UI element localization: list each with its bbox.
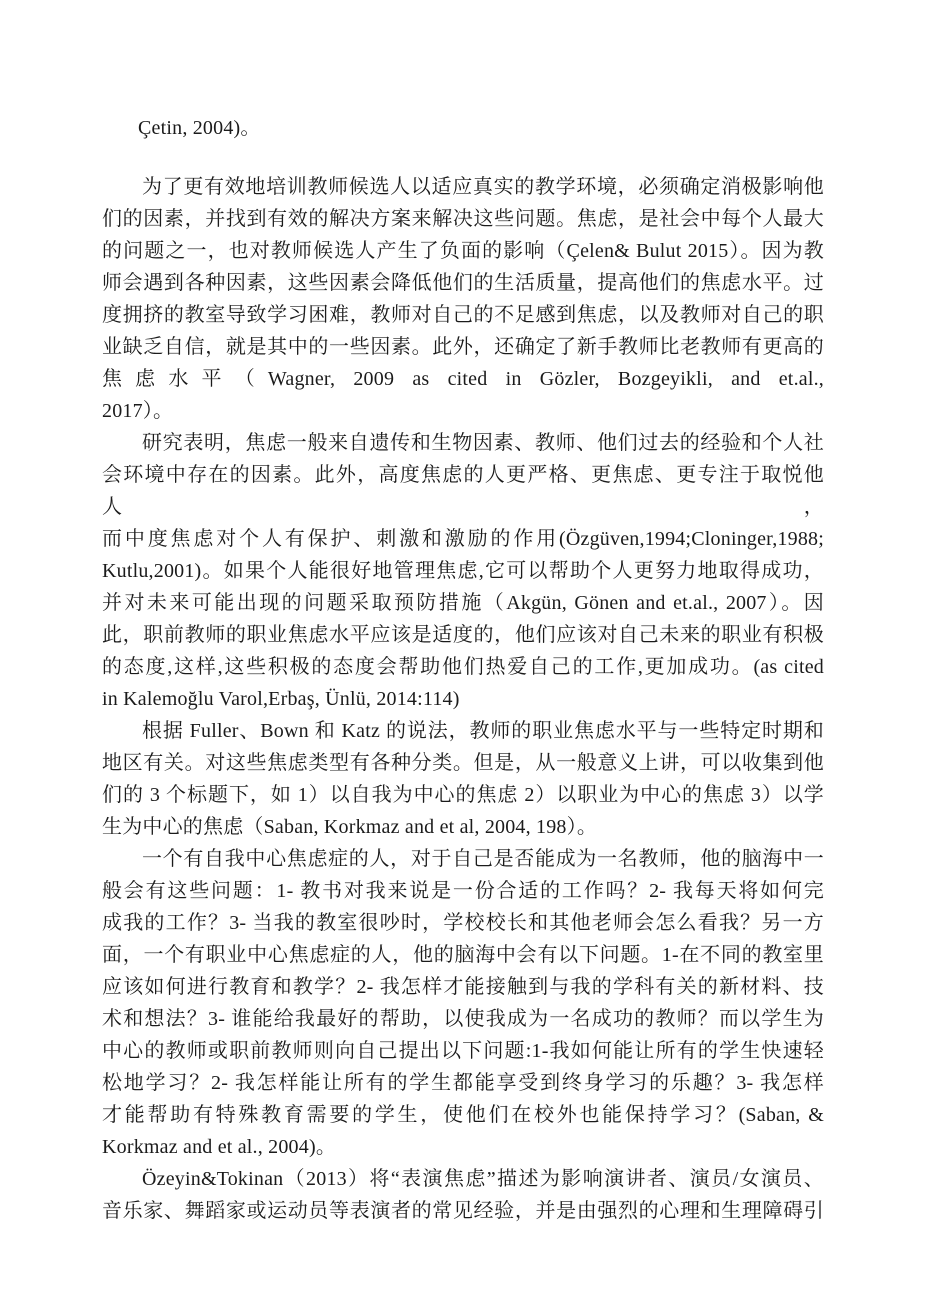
text-line: 的态度,这样,这些积极的态度会帮助他们热爱自己的工作,更加成功。(as cite… [102,651,824,683]
para-fuller-bown-katz-classification: 根据 Fuller、Bown 和 Katz 的说法，教师的职业焦虑水平与一些特定… [102,715,824,843]
text-line: 度拥挤的教室导致学习困难，教师对自己的不足感到焦虑，以及教师对自己的职 [102,299,824,331]
document-body: Çetin, 2004)。为了更有效地培训教师候选人以适应真实的教学环境，必须确… [102,112,824,1227]
text-line: 此，职前教师的职业焦虑水平应该是适度的，他们应该对自己未来的职业有积极 [102,619,824,651]
text-line: Korkmaz and et al., 2004)。 [102,1131,824,1163]
para-anxiety-type-questions: 一个有自我中心焦虑症的人，对于自己是否能成为一名教师，他的脑海中一般会有这些问题… [102,843,824,1163]
text-line: 根据 Fuller、Bown 和 Katz 的说法，教师的职业焦虑水平与一些特定… [102,715,824,747]
text-line: 面，一个有职业中心焦虑症的人，他的脑海中会有以下问题。1-在不同的教室里 [102,939,824,971]
text-line: 研究表明，焦虑一般来自遗传和生物因素、教师、他们过去的经验和个人社 [102,427,824,459]
text-line: 才能帮助有特殊教育需要的学生，使他们在校外也能保持学习？(Saban, & [102,1099,824,1131]
text-line: 生为中心的焦虑（Saban, Korkmaz and et al, 2004, … [102,811,824,843]
text-line: 为了更有效地培训教师候选人以适应真实的教学环境，必须确定消极影响他 [102,171,824,203]
text-line: 会环境中存在的因素。此外，高度焦虑的人更严格、更焦虑、更专注于取悦他人， [102,459,824,523]
text-line: 们的因素，并找到有效的解决方案来解决这些问题。焦虑，是社会中每个人最大 [102,203,824,235]
citation-continuation: Çetin, 2004)。 [102,112,824,144]
text-line: 应该如何进行教育和教学？2- 我怎样才能接触到与我的学科有关的新材料、技 [102,971,824,1003]
text-line: 音乐家、舞蹈家或运动员等表演者的常见经验，并是由强烈的心理和生理障碍引 [102,1195,824,1227]
text-line: Çetin, 2004)。 [102,112,824,144]
text-line: 2017）。 [102,395,824,427]
text-line: 般会有这些问题：1- 教书对我来说是一份合适的工作吗？2- 我每天将如何完 [102,875,824,907]
text-line: 松地学习？2- 我怎样能让所有的学生都能享受到终身学习的乐趣？3- 我怎样 [102,1067,824,1099]
para-teacher-training-anxiety: 为了更有效地培训教师候选人以适应真实的教学环境，必须确定消极影响他们的因素，并找… [102,171,824,427]
text-line: 中心的教师或职前教师则向自己提出以下问题:1-我如何能让所有的学生快速轻 [102,1035,824,1067]
text-line: 并对未来可能出现的问题采取预防措施（Akgün, Gönen and et.al… [102,587,824,619]
text-line: Kutlu,2001)。如果个人能很好地管理焦虑,它可以帮助个人更努力地取得成功… [102,555,824,587]
document-page: Çetin, 2004)。为了更有效地培训教师候选人以适应真实的教学环境，必须确… [0,0,926,1309]
text-line: 而中度焦虑对个人有保护、刺激和激励的作用(Özgüven,1994;Clonin… [102,523,824,555]
text-line: 地区有关。对这些焦虑类型有各种分类。但是，从一般意义上讲，可以收集到他 [102,747,824,779]
text-line: in Kalemoğlu Varol,Erbaş, Ünlü, 2014:114… [102,683,824,715]
text-line: 成我的工作？3- 当我的教室很吵时，学校校长和其他老师会怎么看我？另一方 [102,907,824,939]
text-line: 的问题之一，也对教师候选人产生了负面的影响（Çelen& Bulut 2015）… [102,235,824,267]
text-line: 师会遇到各种因素，这些因素会降低他们的生活质量，提高他们的焦虑水平。过 [102,267,824,299]
para-anxiety-sources: 研究表明，焦虑一般来自遗传和生物因素、教师、他们过去的经验和个人社会环境中存在的… [102,427,824,715]
text-line: 术和想法？3- 谁能给我最好的帮助，以使我成为一名成功的教师？而以学生为 [102,1003,824,1035]
text-line: 业缺乏自信，就是其中的一些因素。此外，还确定了新手教师比老教师有更高的 [102,331,824,363]
text-line: 一个有自我中心焦虑症的人，对于自己是否能成为一名教师，他的脑海中一 [102,843,824,875]
text-line: 们的 3 个标题下，如 1）以自我为中心的焦虑 2）以职业为中心的焦虑 3）以学 [102,779,824,811]
para-performance-anxiety: Özeyin&Tokinan（2013）将“表演焦虑”描述为影响演讲者、演员/女… [102,1163,824,1227]
text-line: 焦虑水平（Wagner, 2009 as cited in Gözler, Bo… [102,363,824,395]
text-line: Özeyin&Tokinan（2013）将“表演焦虑”描述为影响演讲者、演员/女… [102,1163,824,1195]
